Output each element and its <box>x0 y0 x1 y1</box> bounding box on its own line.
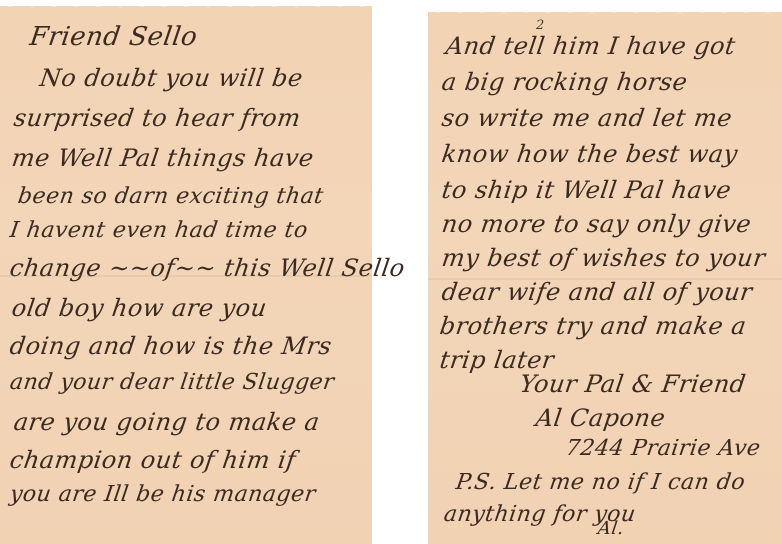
letter-line: brothers try and make a <box>438 312 748 340</box>
closing: Your Pal & Friend <box>518 370 748 398</box>
letter-line: to ship it Well Pal have <box>440 176 733 204</box>
letter-line: so write me and let me <box>440 104 734 132</box>
letter-line: old boy how are you <box>10 294 269 322</box>
address: 7244 Prairie Ave <box>564 436 762 461</box>
salutation: Friend Sello <box>28 22 200 52</box>
postscript-initial: Al. <box>597 518 626 539</box>
letter-line: dear wife and all of your <box>440 278 754 306</box>
letter-line: know how the best way <box>440 140 740 168</box>
page-number: 2 <box>536 18 544 33</box>
letter-line: surprised to hear from <box>12 104 303 132</box>
torn-edge <box>0 2 372 10</box>
letter-line: a big rocking horse <box>440 68 689 96</box>
letter-line: me Well Pal things have <box>10 144 316 172</box>
postscript-line: P.S. Let me no if I can do <box>454 470 747 495</box>
letter-line: are you going to make a <box>12 408 322 436</box>
torn-edge <box>428 8 782 16</box>
signature: Al Capone <box>534 404 667 432</box>
letter-line: change ~~of~~ this Well Sello <box>8 254 407 282</box>
letter-line: my best of wishes to your <box>440 244 767 272</box>
letter-page-right: 2 And tell him I have got a big rocking … <box>428 12 782 544</box>
letter-line: no more to say only give <box>440 210 753 238</box>
letter-line: I havent even had time to <box>8 218 309 243</box>
letter-page-left: Friend Sello No doubt you will be surpri… <box>0 6 372 544</box>
letter-line: champion out of him if <box>8 446 298 474</box>
letter-line: been so darn exciting that <box>16 184 325 209</box>
letter-line: And tell him I have got <box>444 32 737 60</box>
letter-line: and your dear little Slugger <box>8 370 336 395</box>
letter-line: No doubt you will be <box>38 64 305 92</box>
letter-line: you are Ill be his manager <box>8 482 317 507</box>
letter-line: doing and how is the Mrs <box>8 332 334 360</box>
